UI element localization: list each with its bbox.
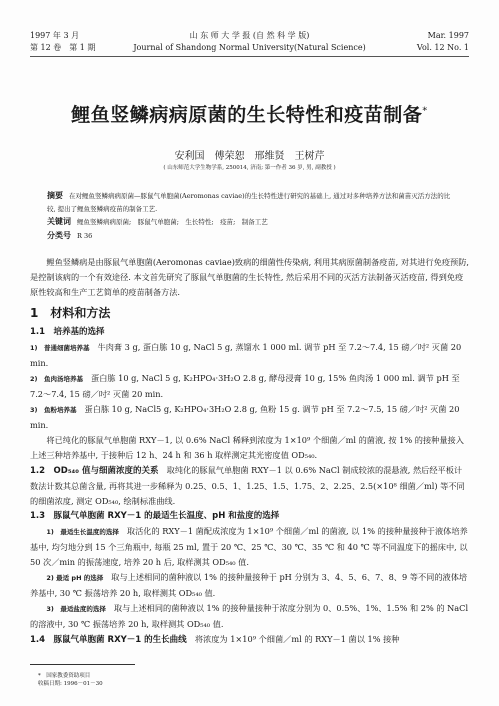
section-1-1-heading: 1.1 培养基的选择 <box>30 325 469 340</box>
medium-item-2-text: 蛋白胨 10 g, NaCl 5 g, K₂HPO₄·3H₂O 2.8 g, 酵… <box>30 373 460 399</box>
medium-item-3-label: 3) 鱼粉培养基 <box>30 406 77 414</box>
section-1-4: 1.4 豚鼠气单胞菌 RXY－1 的生长曲线 将浓度为 1×10⁹ 个细菌／ml… <box>30 632 469 648</box>
paper-title: 鲤鱼竖鳞病病原菌的生长特性和疫苗制备* <box>0 100 499 127</box>
footnote-funding: * 国家教委资助项目 <box>38 672 103 680</box>
medium-item-3-text: 蛋白胨 10 g, NaCl5 g, K₂HPO₄·3H₂O 2.8 g, 鱼粉… <box>30 404 459 430</box>
paper-page: 1997 年 3 月 第 12 卷 第 1 期 山 东 师 大 学 报 (自 然… <box>0 0 499 706</box>
medium-item-1-text: 牛肉膏 3 g, 蛋白胨 10 g, NaCl 5 g, 蒸馏水 1 000 m… <box>30 342 461 368</box>
keywords-text: 鲤鱼竖鳞病病原菌; 豚鼠气单胞菌; 生长特性; 疫苗; 制备工艺 <box>77 218 268 226</box>
section-1-2: 1.2 OD₅₄₀ 值与细菌浓度的关系 取纯化的豚鼠气单胞菌 RXY－1 以 0… <box>30 463 469 509</box>
ph-item-label: 2) 最适 pH 的选择 <box>46 574 103 582</box>
temp-item: 1) 最适生长温度的选择取活化的 RXY－1 菌配成浓度为 1×10⁹ 个细菌／… <box>30 524 469 570</box>
footnote: * 国家教委资助项目 收稿日期: 1996－01－30 <box>38 672 103 688</box>
header-issue-info-en: Mar. 1997 Vol. 12 No. 1 <box>417 30 469 54</box>
footnote-received-date: 收稿日期: 1996－01－30 <box>38 680 103 688</box>
footnote-divider <box>30 664 135 665</box>
medium-item-2: 2) 鱼肉汤培养基蛋白胨 10 g, NaCl 5 g, K₂HPO₄·3H₂O… <box>30 371 469 402</box>
temp-item-label: 1) 最适生长温度的选择 <box>46 528 119 536</box>
keywords-label: 关键词 <box>47 217 71 226</box>
abstract: 摘要在对鲤鱼竖鳞病病原菌—豚鼠气单胞菌(Aeromonas caviae)的生长… <box>47 189 454 216</box>
abstract-label: 摘要 <box>47 191 63 200</box>
journal-header: 1997 年 3 月 第 12 卷 第 1 期 山 东 师 大 学 报 (自 然… <box>30 30 469 57</box>
section-1-4-text: 将浓度为 1×10⁹ 个细菌／ml 的 RXY－1 菌以 1% 接种 <box>195 634 400 644</box>
section-1-3-heading: 1.3 豚鼠气单胞菌 RXY－1 的最适生长温度、pH 和盐度的选择 <box>30 509 469 524</box>
medium-item-1-label: 1) 普通细菌培养基 <box>30 344 90 352</box>
classification: 分类号R 36 <box>47 229 454 243</box>
journal-name-cn: 山 东 师 大 学 报 (自 然 科 学 版) <box>30 30 469 42</box>
ph-item: 2) 最适 pH 的选择取与上述相同的菌种液以 1% 的接种量接种于 pH 分别… <box>30 570 469 601</box>
abstract-text: 在对鲤鱼竖鳞病病原菌—豚鼠气单胞菌(Aeromonas caviae)的生长特性… <box>47 192 450 213</box>
author-affiliation: ( 山东师范大学生物学系, 250014, 济南; 第一作者 36 岁, 男, … <box>0 163 499 171</box>
journal-name-en: Journal of Shandong Normal University(Na… <box>30 42 469 54</box>
medium-item-1: 1) 普通细菌培养基牛肉膏 3 g, 蛋白胨 10 g, NaCl 5 g, 蒸… <box>30 340 469 371</box>
salinity-item-label: 3) 最适盐度的选择 <box>46 605 106 613</box>
section-1-4-heading: 1.4 豚鼠气单胞菌 RXY－1 的生长曲线 <box>30 635 187 645</box>
section-1-heading: 1 材料和方法 <box>30 306 469 321</box>
salinity-item: 3) 最适盐度的选择取与上述相同的菌种液以 1% 的接种量接种于浓度分别为 0、… <box>30 601 469 632</box>
classification-label: 分类号 <box>47 231 71 240</box>
medium-item-2-label: 2) 鱼肉汤培养基 <box>30 375 83 383</box>
author-list: 安利国 傅荣恕 邢维贤 王树芹 <box>0 147 499 162</box>
title-text: 鲤鱼竖鳞病病原菌的生长特性和疫苗制备 <box>71 104 422 126</box>
medium-item-3: 3) 鱼粉培养基蛋白胨 10 g, NaCl5 g, K₂HPO₄·3H₂O 2… <box>30 402 469 433</box>
title-footnote-mark: * <box>422 106 428 117</box>
section-1-2-heading: 1.2 OD₅₄₀ 值与细菌浓度的关系 <box>30 466 158 476</box>
header-volume-en: Vol. 12 No. 1 <box>417 42 469 54</box>
paper-body: 鲤鱼竖鳞病是由豚鼠气单胞菌(Aeromonas caviae)致病的细菌性传染病… <box>30 255 469 648</box>
header-journal-name: 山 东 师 大 学 报 (自 然 科 学 版) Journal of Shand… <box>30 30 469 54</box>
keywords: 关键词鲤鱼竖鳞病病原菌; 豚鼠气单胞菌; 生长特性; 疫苗; 制备工艺 <box>47 215 454 229</box>
section-1-1-paragraph: 将已纯化的豚鼠气单胞菌 RXY－1, 以 0.6% NaCl 稀释到浓度为 1×… <box>30 433 469 463</box>
intro-paragraph: 鲤鱼竖鳞病是由豚鼠气单胞菌(Aeromonas caviae)致病的细菌性传染病… <box>30 255 469 300</box>
header-date-en: Mar. 1997 <box>417 30 469 42</box>
classification-value: R 36 <box>77 232 92 240</box>
